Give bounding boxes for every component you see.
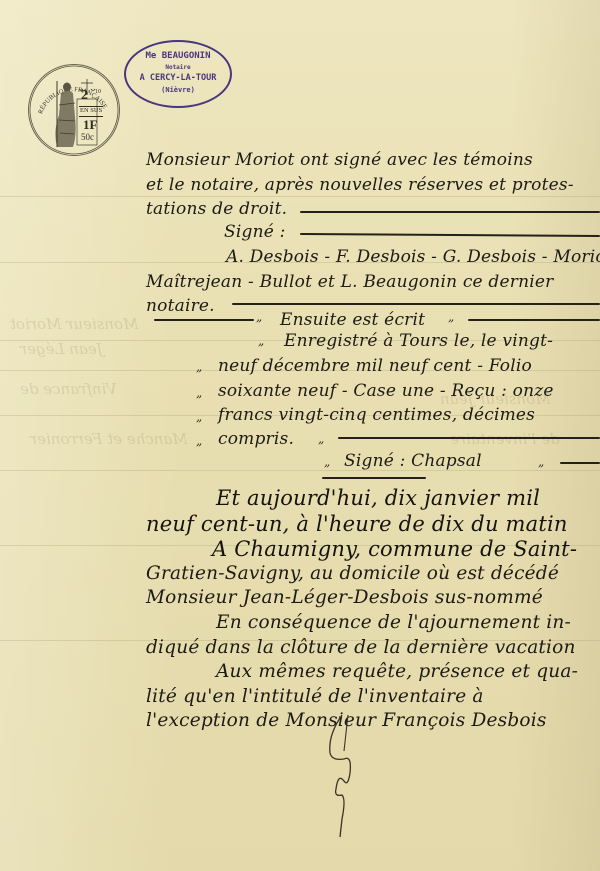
notary-town: A CERCY-LA-TOUR (126, 73, 230, 83)
separator-line (322, 477, 426, 479)
filler-line (560, 462, 600, 464)
text-line: Signé : (224, 222, 286, 242)
text-line: Maîtrejean - Bullot et L. Beaugonin ce d… (146, 272, 553, 292)
fiscal-value-main: 2 (81, 89, 88, 103)
tick-mark: „ (538, 455, 544, 469)
text-line: francs vingt-cinq centimes, décimes (218, 405, 535, 425)
filler-line (300, 211, 600, 213)
bleed-through-text: Jean Léger (20, 340, 103, 358)
text-line: tations de droit. (146, 199, 287, 219)
text-line: diqué dans la clôture de la dernière vac… (146, 637, 576, 658)
fiscal-value-cents: 50c (81, 133, 94, 142)
tick-mark: „ (258, 334, 264, 348)
tick-mark: „ (196, 386, 202, 400)
ruled-line (0, 470, 600, 471)
tick-mark: „ (448, 310, 454, 324)
bleed-through-text: de l'inventaire (450, 430, 559, 448)
bleed-through-text: Manche et Ferronier (30, 430, 188, 448)
filler-line (232, 303, 600, 305)
text-line: compris. (218, 429, 294, 449)
text-line: Monsieur Moriot ont signé avec les témoi… (146, 150, 533, 170)
text-line: Aux mêmes requête, présence et qua- (216, 661, 578, 682)
filler-line (468, 319, 600, 321)
tick-mark: „ (256, 310, 262, 324)
paraph-signature-icon (320, 715, 360, 845)
marianne-justice-icon: RÉPUBLIQUE FRANÇAISE (29, 65, 119, 155)
notary-title: Notaire (126, 64, 230, 71)
text-line: Enregistré à Tours le, le vingt- (284, 331, 553, 351)
fiscal-value-fraction: 10 (95, 89, 101, 95)
filler-line (154, 319, 254, 321)
ruled-line (0, 196, 600, 197)
text-line: neuf décembre mil neuf cent - Folio (218, 356, 532, 376)
filler-line (338, 437, 600, 439)
text-line: A Chaumigny, commune de Saint- (212, 537, 577, 561)
bleed-through-text: Vinfrance de (20, 380, 117, 398)
text-line: Signé : Chapsal (344, 451, 482, 471)
notary-department: (Nièvre) (126, 86, 230, 94)
tick-mark: „ (318, 432, 324, 446)
text-line: neuf cent-un, à l'heure de dix du matin (146, 512, 568, 536)
tick-mark: „ (196, 434, 202, 448)
text-line: Gratien-Savigny, au domicile où est décé… (146, 563, 559, 584)
text-line: Et aujourd'hui, dix janvier mil (216, 486, 540, 510)
tick-mark: „ (196, 410, 202, 424)
bleed-through-text: Monsieur Moriot (10, 315, 138, 333)
text-line: lité qu'en l'intitulé de l'inventaire à (146, 686, 484, 707)
tick-mark: „ (196, 360, 202, 374)
text-line: En conséquence de l'ajournement in- (216, 612, 571, 633)
text-line: et le notaire, après nouvelles réserves … (146, 175, 574, 195)
fiscal-stamp: RÉPUBLIQUE FRANÇAISE 2 10 EN SUS 1F 50c (28, 64, 120, 156)
tick-mark: „ (324, 455, 330, 469)
text-line: soixante neuf - Case une - Reçu : onze (218, 381, 554, 401)
text-line: Ensuite est écrit (280, 310, 425, 330)
text-line: Monsieur Jean-Léger-Desbois sus-nommé (146, 587, 543, 608)
fiscal-surtax-label: EN SUS (79, 106, 103, 117)
text-line: notaire. (146, 296, 215, 316)
fiscal-value-second: 1F (83, 118, 97, 131)
notary-stamp: Me BEAUGONIN Notaire A CERCY-LA-TOUR (Ni… (124, 40, 232, 108)
document-page: Monsieur Moriot Jean Léger Vinfrance de … (0, 0, 600, 871)
notary-name: Me BEAUGONIN (126, 51, 230, 61)
filler-line (300, 233, 600, 237)
text-line: A. Desbois - F. Desbois - G. Desbois - M… (226, 247, 600, 267)
